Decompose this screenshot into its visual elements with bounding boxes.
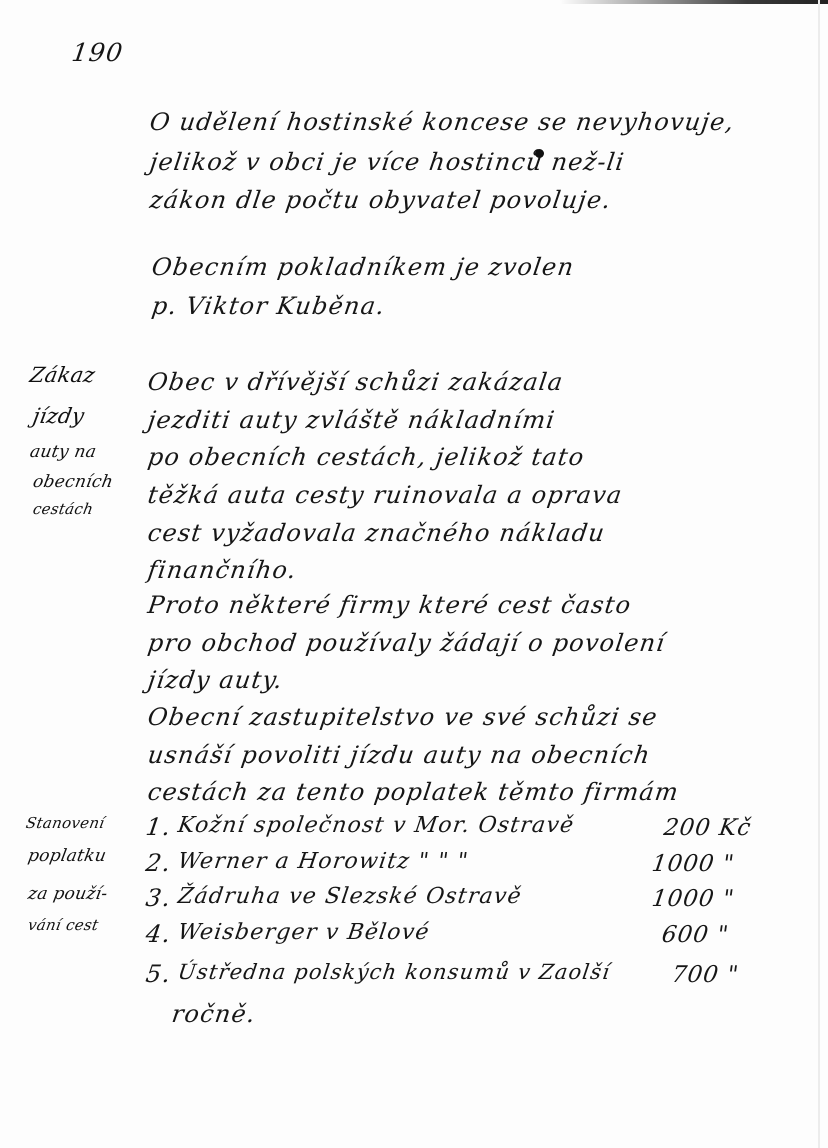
paragraph-line: jelikož v obci je více hostinců než-li [148, 150, 626, 174]
scan-edge-shadow [560, 0, 828, 4]
fee-item-number: 2. [144, 851, 173, 875]
paragraph-line: po obecních cestách, jelikož tato [146, 445, 586, 469]
handwritten-page: 190 O udělení hostinské koncese se nevyh… [0, 0, 828, 1148]
fee-item-firm: Weisberger v Bělové [176, 922, 431, 944]
paragraph-line: O udělení hostinské koncese se nevyhovuj… [148, 110, 736, 134]
fee-item-number: 1. [144, 815, 173, 839]
margin-note-line: auty na [29, 444, 98, 461]
paragraph-line: jezditi auty zvláště nákladními [146, 408, 557, 432]
margin-note-line: za použí- [27, 886, 109, 903]
fee-item-amount: 200 Kč [662, 815, 753, 841]
fee-item-amount: 1000 " [650, 886, 736, 912]
paragraph-line: Obec v dřívější schůzi zakázala [146, 370, 565, 394]
paragraph-line: p. Viktor Kuběna. [150, 294, 387, 318]
paragraph-line: zákon dle počtu obyvatel povoluje. [148, 188, 613, 212]
fee-item-amount: 600 " [660, 922, 730, 948]
fee-item-amount: 700 " [670, 962, 740, 988]
page-number: 190 [70, 40, 125, 65]
margin-note-line: obecních [32, 474, 115, 491]
fee-item-firm: Werner a Horowitz " " " [176, 851, 470, 873]
fee-item-amount: 1000 " [650, 851, 736, 877]
paragraph-line: usnáší povoliti jízdu auty na obecních [146, 743, 652, 767]
fee-list-tail: ročně. [170, 1002, 257, 1026]
margin-note-line: vání cest [27, 918, 100, 933]
fee-item-number: 3. [144, 886, 173, 910]
margin-note-line: Stanovení [25, 816, 106, 831]
paragraph-line: cest vyžadovala značného nákladu [146, 521, 607, 545]
fee-item-firm: Kožní společnost v Mor. Ostravě [176, 815, 575, 837]
paragraph-line: Obecním pokladníkem je zvolen [150, 255, 576, 279]
fee-item-number: 4. [144, 922, 173, 946]
paragraph-line: Obecní zastupitelstvo ve své schůzi se [146, 705, 659, 729]
paragraph-line: Proto některé firmy které cest často [146, 593, 633, 617]
paragraph-line: těžká auta cesty ruinovala a oprava [146, 483, 624, 507]
paragraph-line: jízdy auty. [146, 668, 284, 692]
fee-item-firm: Ústředna polských konsumů v Zaolší [177, 962, 612, 983]
margin-note-line: poplatku [27, 848, 108, 865]
paragraph-line: finančního. [146, 558, 298, 582]
margin-note-line: Zákaz [28, 365, 97, 386]
margin-note-line: cestách [32, 502, 95, 517]
ink-blot [535, 149, 544, 158]
fee-item-number: 5. [144, 962, 173, 986]
fee-item-firm: Žádruha ve Slezské Ostravě [176, 886, 523, 908]
page-fold-line [818, 0, 820, 1148]
paragraph-line: pro obchod používaly žádají o povolení [146, 631, 667, 655]
paragraph-line: cestách za tento poplatek těmto firmám [146, 780, 680, 804]
margin-note-line: jízdy [31, 406, 86, 427]
